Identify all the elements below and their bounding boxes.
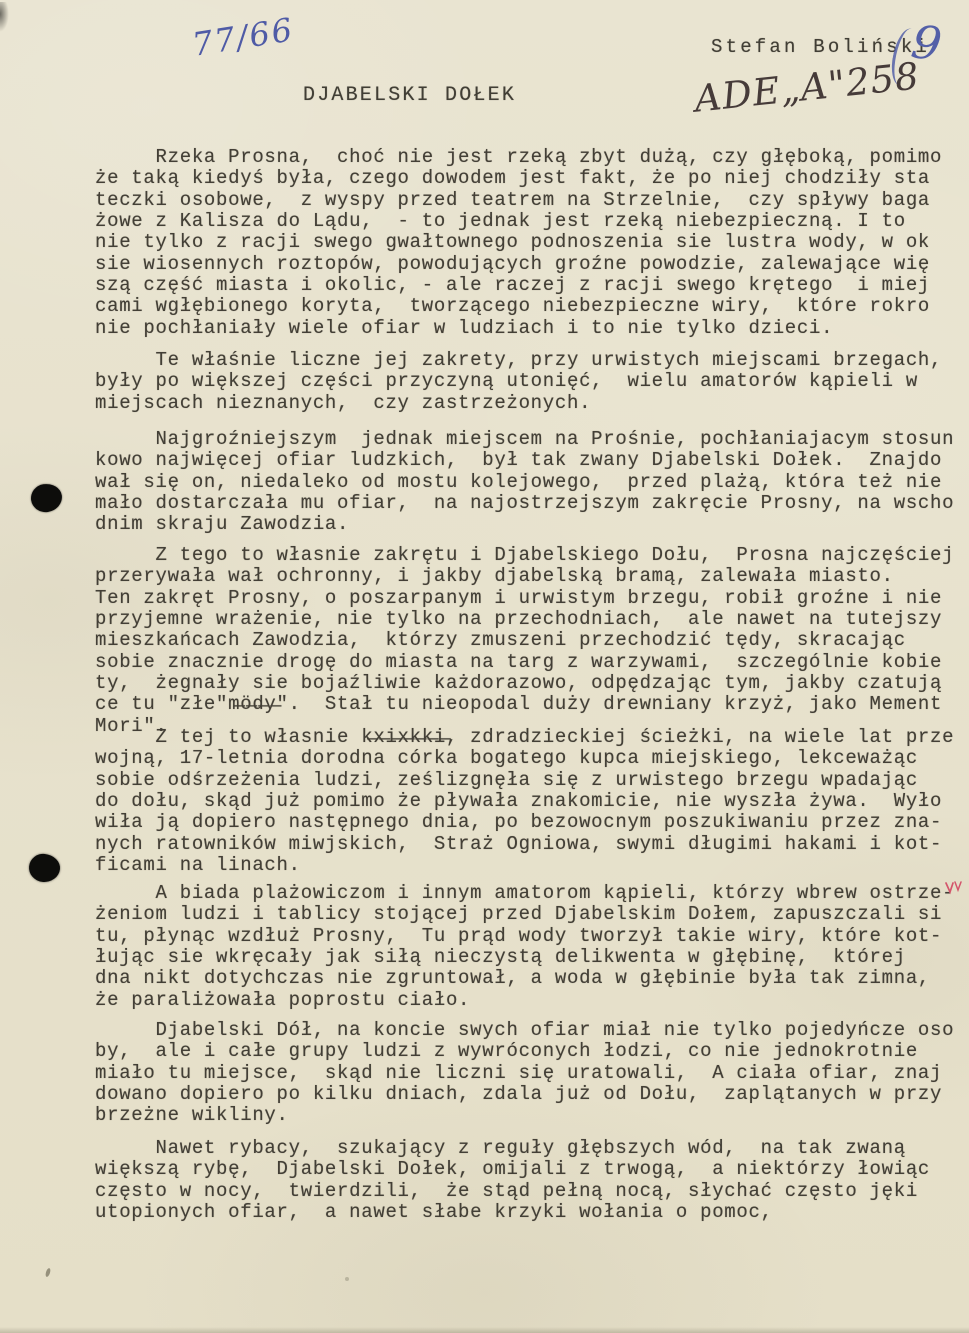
paper-speck xyxy=(345,1277,349,1281)
ink-blot-bottom xyxy=(28,852,62,883)
paragraph-8: Nawet rybacy, szukający z reguły głębszy… xyxy=(95,1138,969,1223)
paragraph-5: Z tej to własnie k̶x̶i̶x̶k̶k̶i̶, zdradzi… xyxy=(95,727,969,876)
paragraph-4: Z tego to własnie zakrętu i Djabelskiego… xyxy=(95,545,969,737)
paragraph-7: Djabelski Dół, na koncie swych ofiar mia… xyxy=(95,1020,969,1127)
document-title: DJABELSKI DOŁEK xyxy=(303,84,516,108)
paper-speck xyxy=(45,1268,52,1278)
red-pen-check-mark xyxy=(944,879,964,902)
paragraph-6: A biada plażowiczom i innym amatorom kąp… xyxy=(95,883,969,1011)
paragraph-3: Najgroźniejszym jednak miejscem na Prośn… xyxy=(95,429,969,536)
paragraph-2: Te właśnie liczne jej zakrety, przy urwi… xyxy=(95,350,969,414)
scanned-typescript-page: 77/66 Stefan Boliński 9 ADE„A"258 DJABEL… xyxy=(0,0,969,1333)
handwritten-catalog-code: ADE„A"258 xyxy=(692,54,921,120)
scan-edge-shadow-bottom xyxy=(0,1327,969,1333)
red-pen-check-icon xyxy=(944,879,964,897)
scan-edge-smudge-top-left xyxy=(0,2,9,32)
ink-blot-top xyxy=(29,482,64,514)
handwritten-ref-number: 77/66 xyxy=(190,10,297,64)
paragraph-1: Rzeka Prosna, choć nie jest rzeką zbyt d… xyxy=(95,147,969,339)
